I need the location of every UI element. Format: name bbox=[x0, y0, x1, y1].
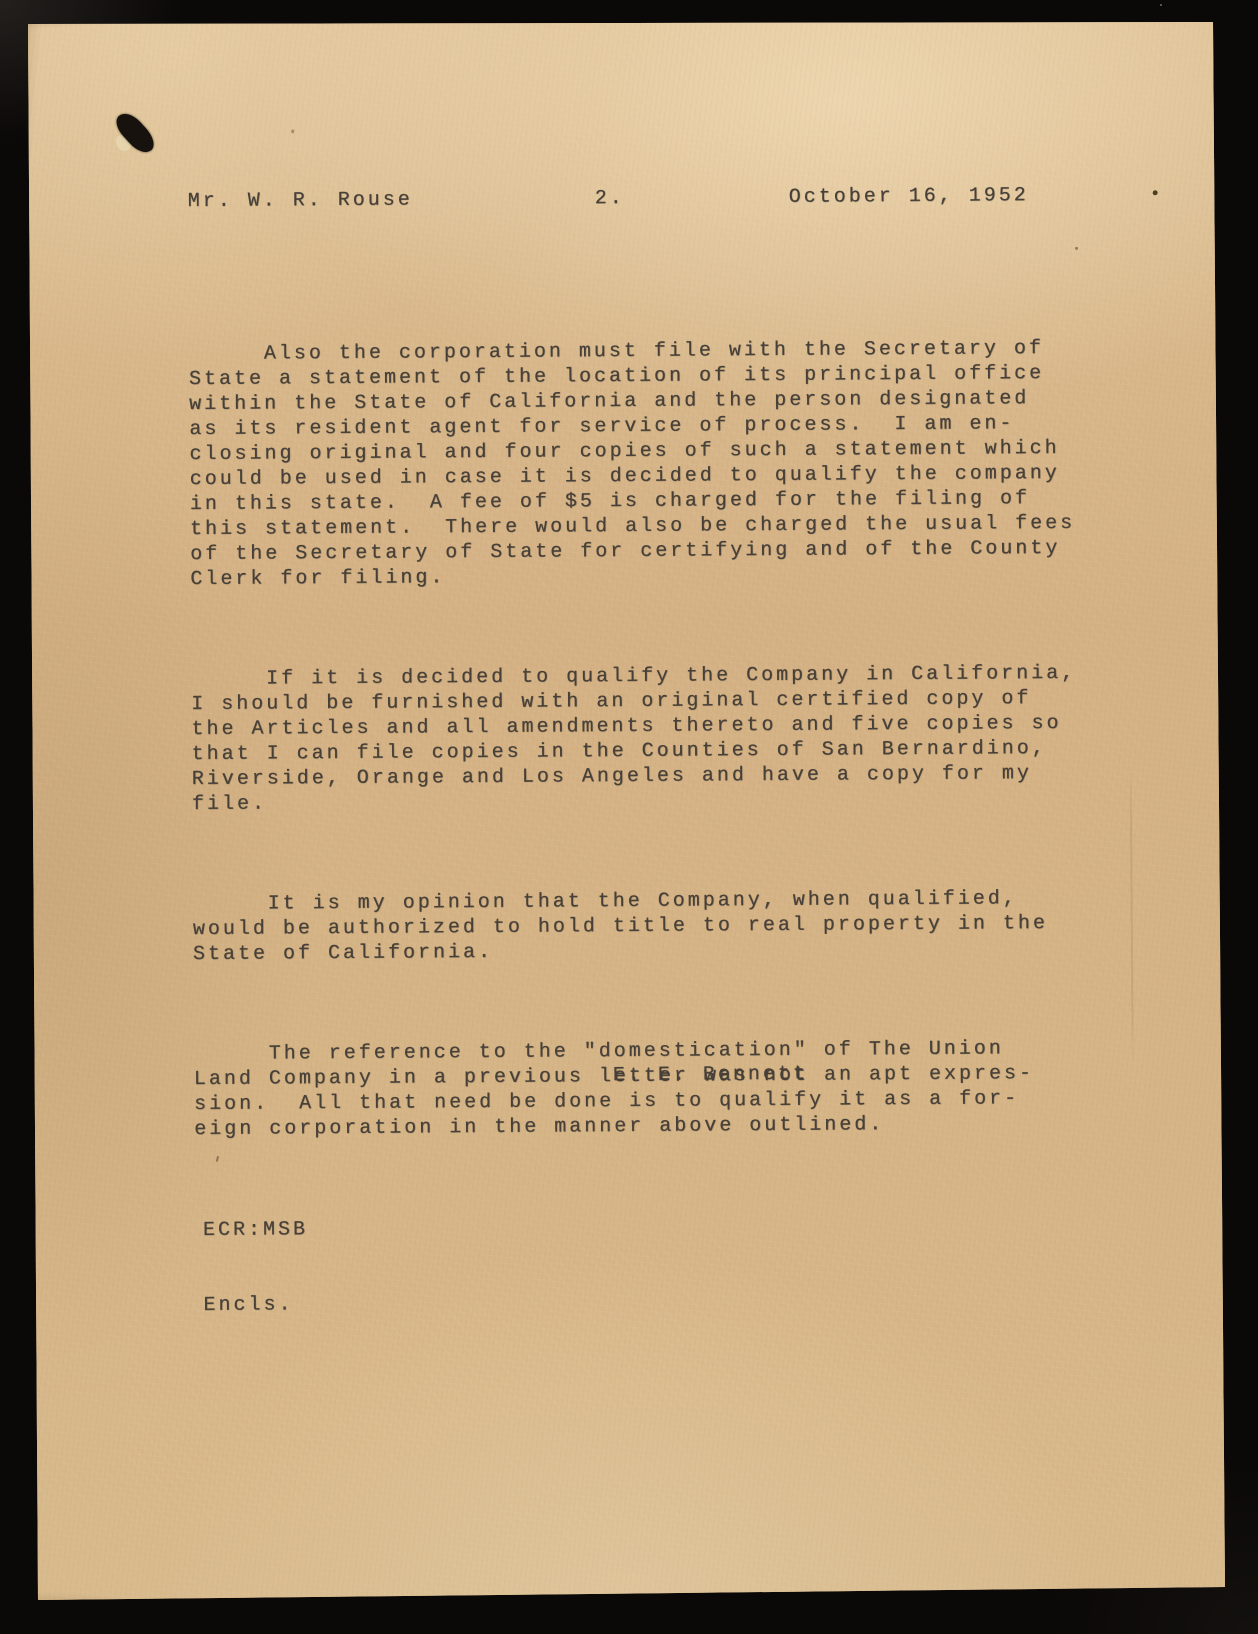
page-number: 2. bbox=[595, 186, 625, 211]
paper-crease bbox=[1130, 761, 1134, 1066]
letter-date: October 16, 1952 bbox=[789, 183, 1029, 210]
letter-header: Mr. W. R. Rouse 2. October 16, 1952 bbox=[22, 182, 1224, 215]
dust-speck bbox=[1160, 4, 1162, 6]
letter-paragraph: Also the corporation must file with the … bbox=[189, 336, 1076, 592]
letter-paragraph: The reference to the "domestication" of … bbox=[194, 1036, 1080, 1142]
letter-content: Mr. W. R. Rouse 2. October 16, 1952 Also… bbox=[20, 16, 1233, 1608]
scan-background: Mr. W. R. Rouse 2. October 16, 1952 Also… bbox=[0, 0, 1258, 1634]
letter-footer: ECR:MSB Encls. bbox=[202, 1167, 323, 1368]
typist-initials: ECR:MSB bbox=[203, 1217, 323, 1243]
ink-blot-artifact bbox=[111, 108, 159, 158]
letter-paragraph: If it is decided to qualify the Company … bbox=[191, 661, 1077, 817]
letter-page: Mr. W. R. Rouse 2. October 16, 1952 Also… bbox=[26, 20, 1228, 1604]
recipient-name: Mr. W. R. Rouse bbox=[188, 187, 413, 214]
signature-line: E. E. Bennett bbox=[613, 1062, 808, 1088]
paper-speck bbox=[1075, 247, 1078, 250]
paper-speck bbox=[291, 129, 294, 133]
letter-paragraph: It is my opinion that the Company, when … bbox=[193, 886, 1079, 967]
letter-body: Also the corporation must file with the … bbox=[188, 286, 1079, 1192]
enclosures-note: Encls. bbox=[203, 1292, 323, 1318]
